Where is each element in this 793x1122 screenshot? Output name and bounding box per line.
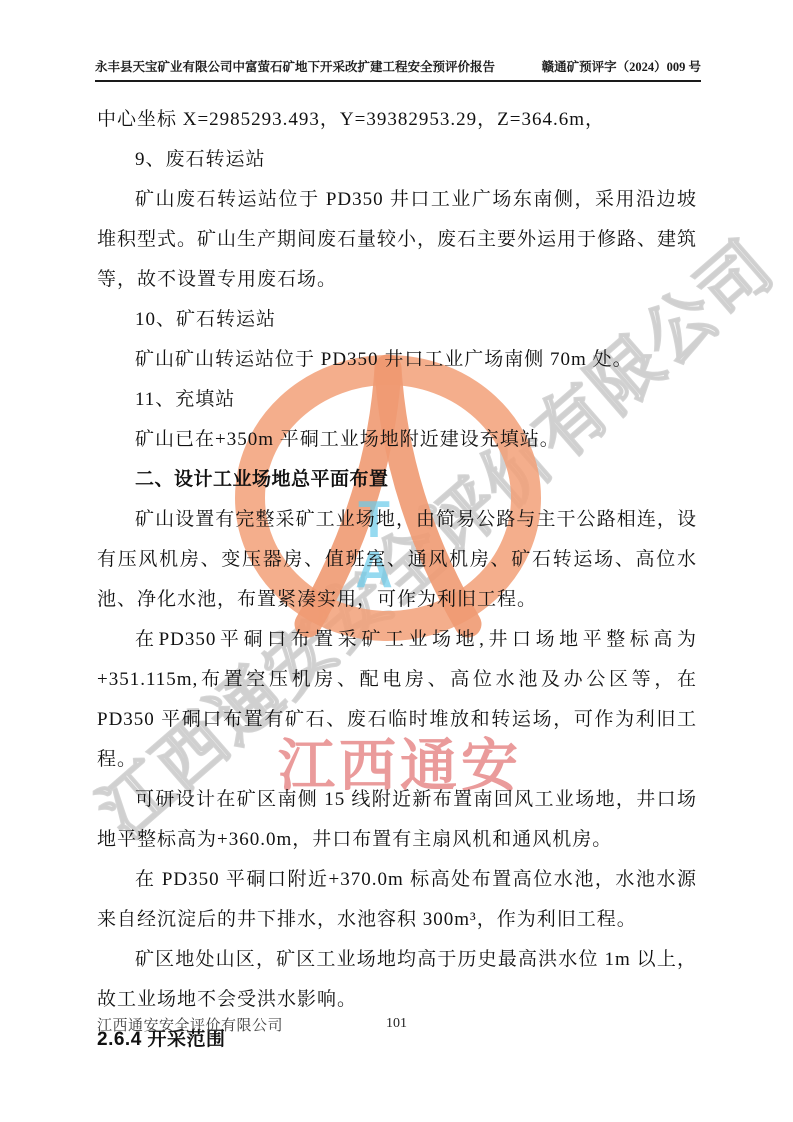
- paragraph: 矿山已在+350m 平硐工业场地附近建设充填站。: [97, 420, 697, 460]
- paragraph: 中心坐标 X=2985293.493，Y=39382953.29，Z=364.6…: [97, 100, 697, 140]
- paragraph: 矿区地处山区，矿区工业场地均高于历史最高洪水位 1m 以上，故工业场地不会受洪水…: [97, 940, 697, 1020]
- list-item-heading: 11、充填站: [97, 380, 697, 420]
- paragraph: 可研设计在矿区南侧 15 线附近新布置南回风工业场地，井口场地平整标高为+360…: [97, 780, 697, 860]
- paragraph: 矿山废石转运站位于 PD350 井口工业广场东南侧，采用沿边坡堆积型式。矿山生产…: [97, 180, 697, 300]
- footer-page-number: 101: [0, 1016, 793, 1032]
- header-doc-number: 赣通矿预评字（2024）009 号: [542, 57, 701, 75]
- paragraph: 矿山设置有完整采矿工业场地，由简易公路与主干公路相连，设有压风机房、变压器房、值…: [97, 500, 697, 620]
- list-item-heading: 9、废石转运站: [97, 140, 697, 180]
- document-body: 中心坐标 X=2985293.493，Y=39382953.29，Z=364.6…: [97, 100, 697, 1060]
- paragraph: 在PD350平硐口布置采矿工业场地,井口场地平整标高为+351.115m,布置空…: [97, 620, 697, 780]
- subsection-heading: 二、设计工业场地总平面布置: [97, 460, 697, 500]
- header-report-title: 永丰县天宝矿业有限公司中富萤石矿地下开采改扩建工程安全预评价报告: [95, 57, 495, 75]
- paragraph: 矿山矿山转运站位于 PD350 井口工业广场南侧 70m 处。: [97, 340, 697, 380]
- page-header: 永丰县天宝矿业有限公司中富萤石矿地下开采改扩建工程安全预评价报告 赣通矿预评字（…: [95, 57, 701, 82]
- list-item-heading: 10、矿石转运站: [97, 300, 697, 340]
- paragraph: 在 PD350 平硐口附近+370.0m 标高处布置高位水池，水池水源来自经沉淀…: [97, 860, 697, 940]
- document-page: 江西通安安全评价有限公司 TA 江西通安 永丰县天宝矿业有限公司中富萤石矿地下开…: [0, 0, 793, 1122]
